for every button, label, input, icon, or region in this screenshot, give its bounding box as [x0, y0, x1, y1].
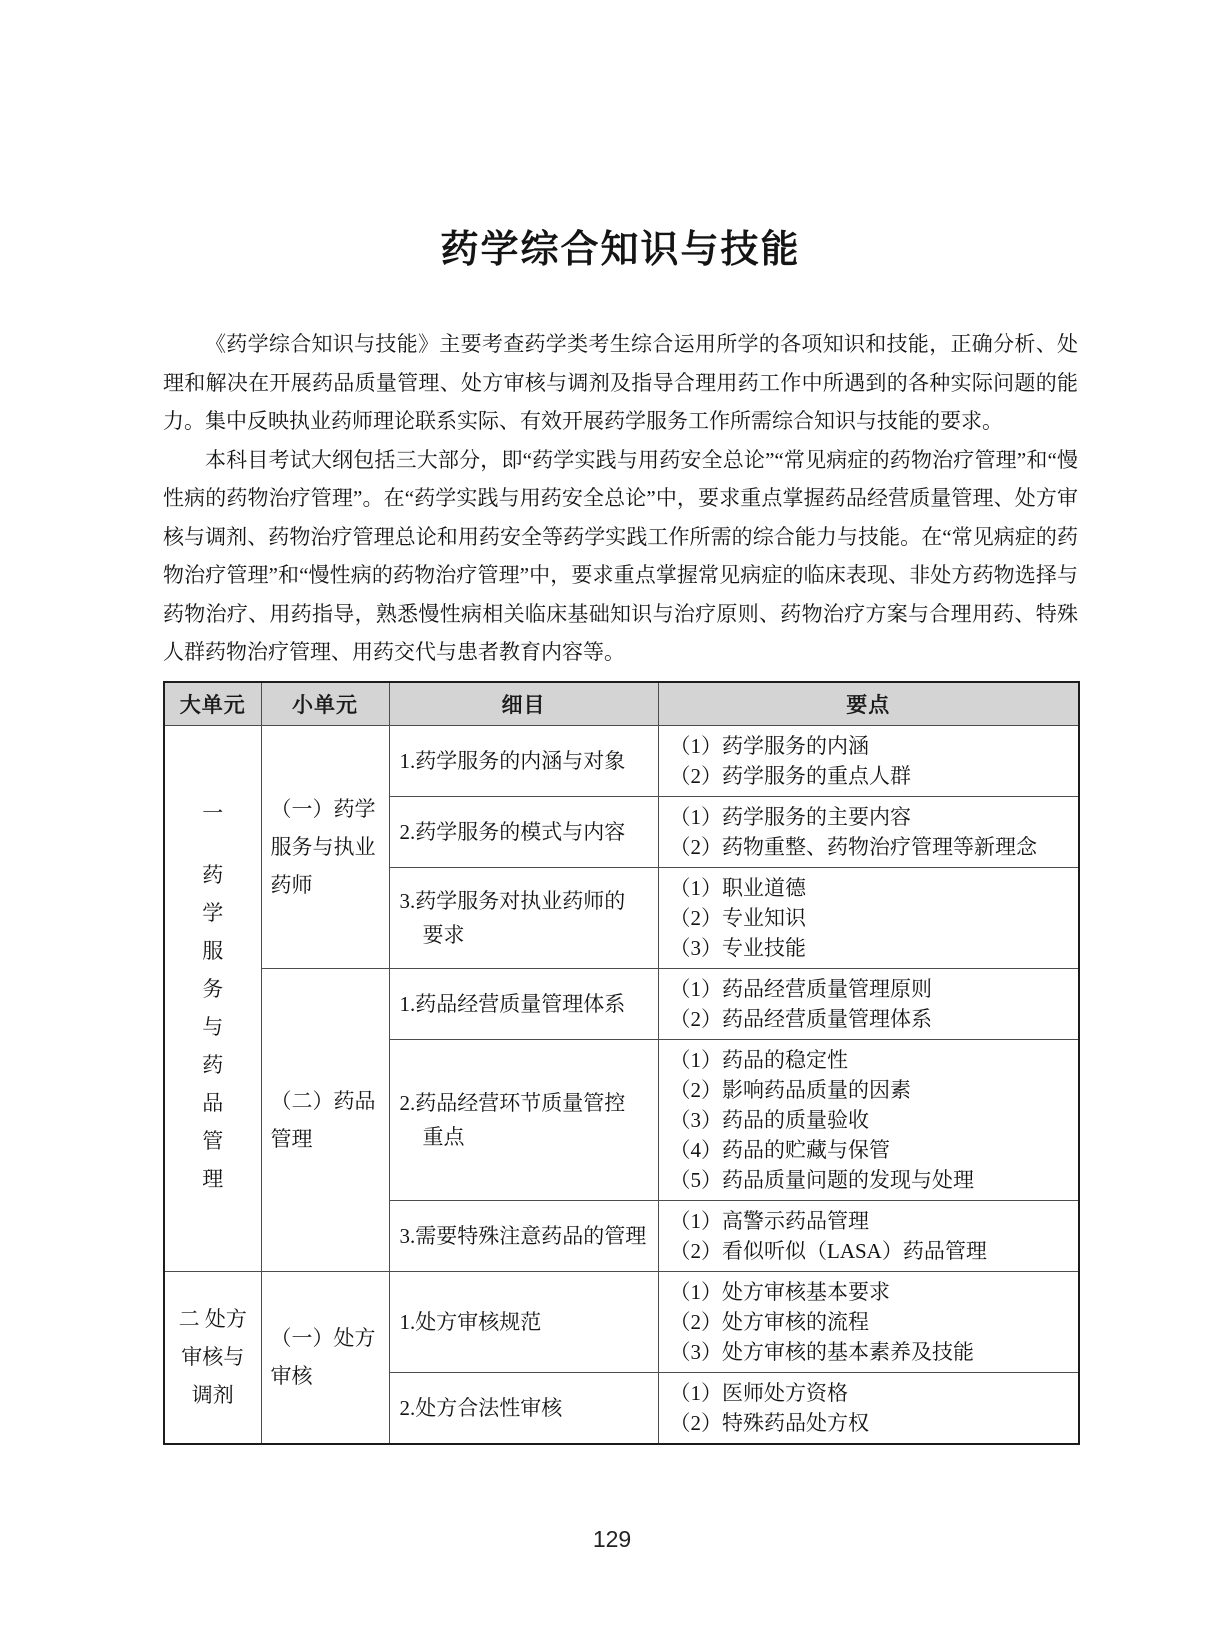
points-cell: （1）药品的稳定性 （2）影响药品质量的因素 （3）药品的质量验收 （4）药品的…: [658, 1039, 1079, 1200]
detail-cell: 2.药品经营环节质量管控 重点: [389, 1039, 658, 1200]
minor-unit-cell-1: （一）药学 服务与执业 药师: [261, 725, 389, 968]
points-cell: （1）医师处方资格 （2）特殊药品处方权: [658, 1372, 1079, 1444]
intro-text: 《药学综合知识与技能》主要考查药学类考生综合运用所学的各项知识和技能，正确分析、…: [163, 325, 1078, 672]
points-cell: （1）药学服务的主要内容 （2）药物重整、药物治疗管理等新理念: [658, 796, 1079, 867]
point-line: （1）药学服务的内涵: [670, 731, 1073, 761]
minor-unit-cell-2: （二）药品 管理: [261, 968, 389, 1271]
minor-unit-cell-3: （一）处方 审核: [261, 1271, 389, 1444]
table-row: （二）药品 管理 1.药品经营质量管理体系 （1）药品经营质量管理原则 （2）药…: [164, 968, 1079, 1039]
detail-cell: 1.处方审核规范: [389, 1271, 658, 1372]
column-header-minor-unit: 小单元: [261, 682, 389, 726]
point-line: （3）药品的质量验收: [670, 1105, 1073, 1135]
point-line: （1）高警示药品管理: [670, 1206, 1073, 1236]
page-title: 药学综合知识与技能: [163, 227, 1078, 273]
points-cell: （1）职业道德 （2）专业知识 （3）专业技能: [658, 867, 1079, 968]
point-line: （2）看似听似（LASA）药品管理: [670, 1236, 1073, 1266]
point-line: （2）药物重整、药物治疗管理等新理念: [670, 832, 1073, 862]
detail-cell: 1.药学服务的内涵与对象: [389, 725, 658, 796]
point-line: （1）医师处方资格: [670, 1378, 1073, 1408]
point-line: （2）处方审核的流程: [670, 1307, 1073, 1337]
detail-cell: 3.需要特殊注意药品的管理: [389, 1200, 658, 1271]
column-header-major-unit: 大单元: [164, 682, 261, 726]
table-row: 一 药学服务与药品管理 （一）药学 服务与执业 药师 1.药学服务的内涵与对象 …: [164, 725, 1079, 796]
point-line: （5）药品质量问题的发现与处理: [670, 1165, 1073, 1195]
page-content: 药学综合知识与技能 《药学综合知识与技能》主要考查药学类考生综合运用所学的各项知…: [163, 0, 1078, 1445]
intro-paragraph-2: 本科目考试大纲包括三大部分，即“药学实践与用药安全总论”“常见病症的药物治疗管理…: [163, 441, 1078, 672]
point-line: （3）专业技能: [670, 933, 1073, 963]
major-unit-number: 一: [167, 798, 259, 828]
point-line: （1）职业道德: [670, 873, 1073, 903]
points-cell: （1）处方审核基本要求 （2）处方审核的流程 （3）处方审核的基本素养及技能: [658, 1271, 1079, 1372]
points-cell: （1）药学服务的内涵 （2）药学服务的重点人群: [658, 725, 1079, 796]
point-line: （4）药品的贮藏与保管: [670, 1135, 1073, 1165]
point-line: （2）药品经营质量管理体系: [670, 1004, 1073, 1034]
point-line: （1）药品的稳定性: [670, 1045, 1073, 1075]
point-line: （2）药学服务的重点人群: [670, 761, 1073, 791]
detail-cell: 3.药学服务对执业药师的 要求: [389, 867, 658, 968]
intro-paragraph-1: 《药学综合知识与技能》主要考查药学类考生综合运用所学的各项知识和技能，正确分析、…: [163, 325, 1078, 441]
page-number: 129: [0, 1526, 1224, 1553]
syllabus-table: 大单元 小单元 细目 要点 一 药学服务与药品管理 （一）药学 服务与执业 药师…: [163, 681, 1080, 1445]
column-header-key-points: 要点: [658, 682, 1079, 726]
major-unit-cell-1: 一 药学服务与药品管理: [164, 725, 261, 1271]
major-unit-cell-2: 二 处方 审核与 调剂: [164, 1271, 261, 1444]
detail-cell: 2.处方合法性审核: [389, 1372, 658, 1444]
table-header-row: 大单元 小单元 细目 要点: [164, 682, 1079, 726]
detail-cell: 1.药品经营质量管理体系: [389, 968, 658, 1039]
detail-cell: 2.药学服务的模式与内容: [389, 796, 658, 867]
point-line: （1）处方审核基本要求: [670, 1277, 1073, 1307]
major-unit-name: 药学服务与药品管理: [201, 856, 225, 1198]
points-cell: （1）高警示药品管理 （2）看似听似（LASA）药品管理: [658, 1200, 1079, 1271]
table-row: 二 处方 审核与 调剂 （一）处方 审核 1.处方审核规范 （1）处方审核基本要…: [164, 1271, 1079, 1372]
column-header-detail: 细目: [389, 682, 658, 726]
point-line: （2）专业知识: [670, 903, 1073, 933]
point-line: （2）特殊药品处方权: [670, 1408, 1073, 1438]
point-line: （1）药品经营质量管理原则: [670, 974, 1073, 1004]
points-cell: （1）药品经营质量管理原则 （2）药品经营质量管理体系: [658, 968, 1079, 1039]
point-line: （1）药学服务的主要内容: [670, 802, 1073, 832]
point-line: （2）影响药品质量的因素: [670, 1075, 1073, 1105]
point-line: （3）处方审核的基本素养及技能: [670, 1337, 1073, 1367]
